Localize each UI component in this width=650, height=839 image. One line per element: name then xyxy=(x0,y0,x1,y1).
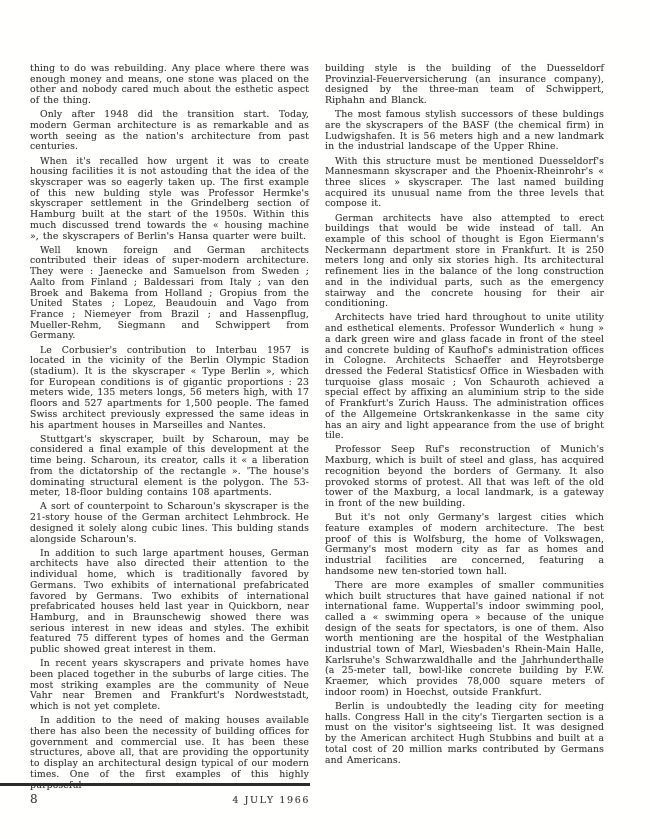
paragraph: Le Corbusier's contribution to Interbau … xyxy=(30,346,309,432)
right-text-column: building style is the building of the Du… xyxy=(325,64,604,791)
left-text-column: thing to do was rebuilding. Any place wh… xyxy=(30,64,309,791)
paragraph: German architects have also attempted to… xyxy=(325,214,604,310)
paragraph: Stuttgart's skyscraper, built by Scharou… xyxy=(30,435,309,499)
paragraph: Berlin is undoubtedly the leading city f… xyxy=(325,702,604,766)
issue-date: 4 JULY 1966 xyxy=(232,795,310,806)
paragraph: Architects have tried hard throughout to… xyxy=(325,313,604,441)
paragraph: In recent years skyscrapers and private … xyxy=(30,659,309,713)
paragraph: When it's recalled how urgent it was to … xyxy=(30,157,309,243)
paragraph: In addition to the need of making houses… xyxy=(30,716,309,791)
paragraph: The most famous stylish successors of th… xyxy=(325,110,604,153)
paragraph: With this structure must be mentioned Du… xyxy=(325,157,604,211)
paragraph: Well known foreign and German architects… xyxy=(30,246,309,342)
paragraph: There are more examples of smaller commu… xyxy=(325,581,604,699)
paragraph: building style is the building of the Du… xyxy=(325,64,604,107)
article-body: thing to do was rebuilding. Any place wh… xyxy=(30,64,604,791)
page-footer: 8 4 JULY 1966 xyxy=(30,792,310,806)
page-number: 8 xyxy=(30,792,38,806)
paragraph: Professor Seep Ruf's reconstruction of M… xyxy=(325,445,604,509)
paragraph: Only after 1948 did the transition start… xyxy=(30,110,309,153)
paragraph: A sort of counterpoint to Scharoun's sky… xyxy=(30,502,309,545)
footer-rule xyxy=(0,783,310,786)
paragraph: In addition to such large apartment hous… xyxy=(30,549,309,656)
magazine-page: thing to do was rebuilding. Any place wh… xyxy=(0,0,650,839)
paragraph: thing to do was rebuilding. Any place wh… xyxy=(30,64,309,107)
paragraph: But it's not only Germany's largest citi… xyxy=(325,513,604,577)
